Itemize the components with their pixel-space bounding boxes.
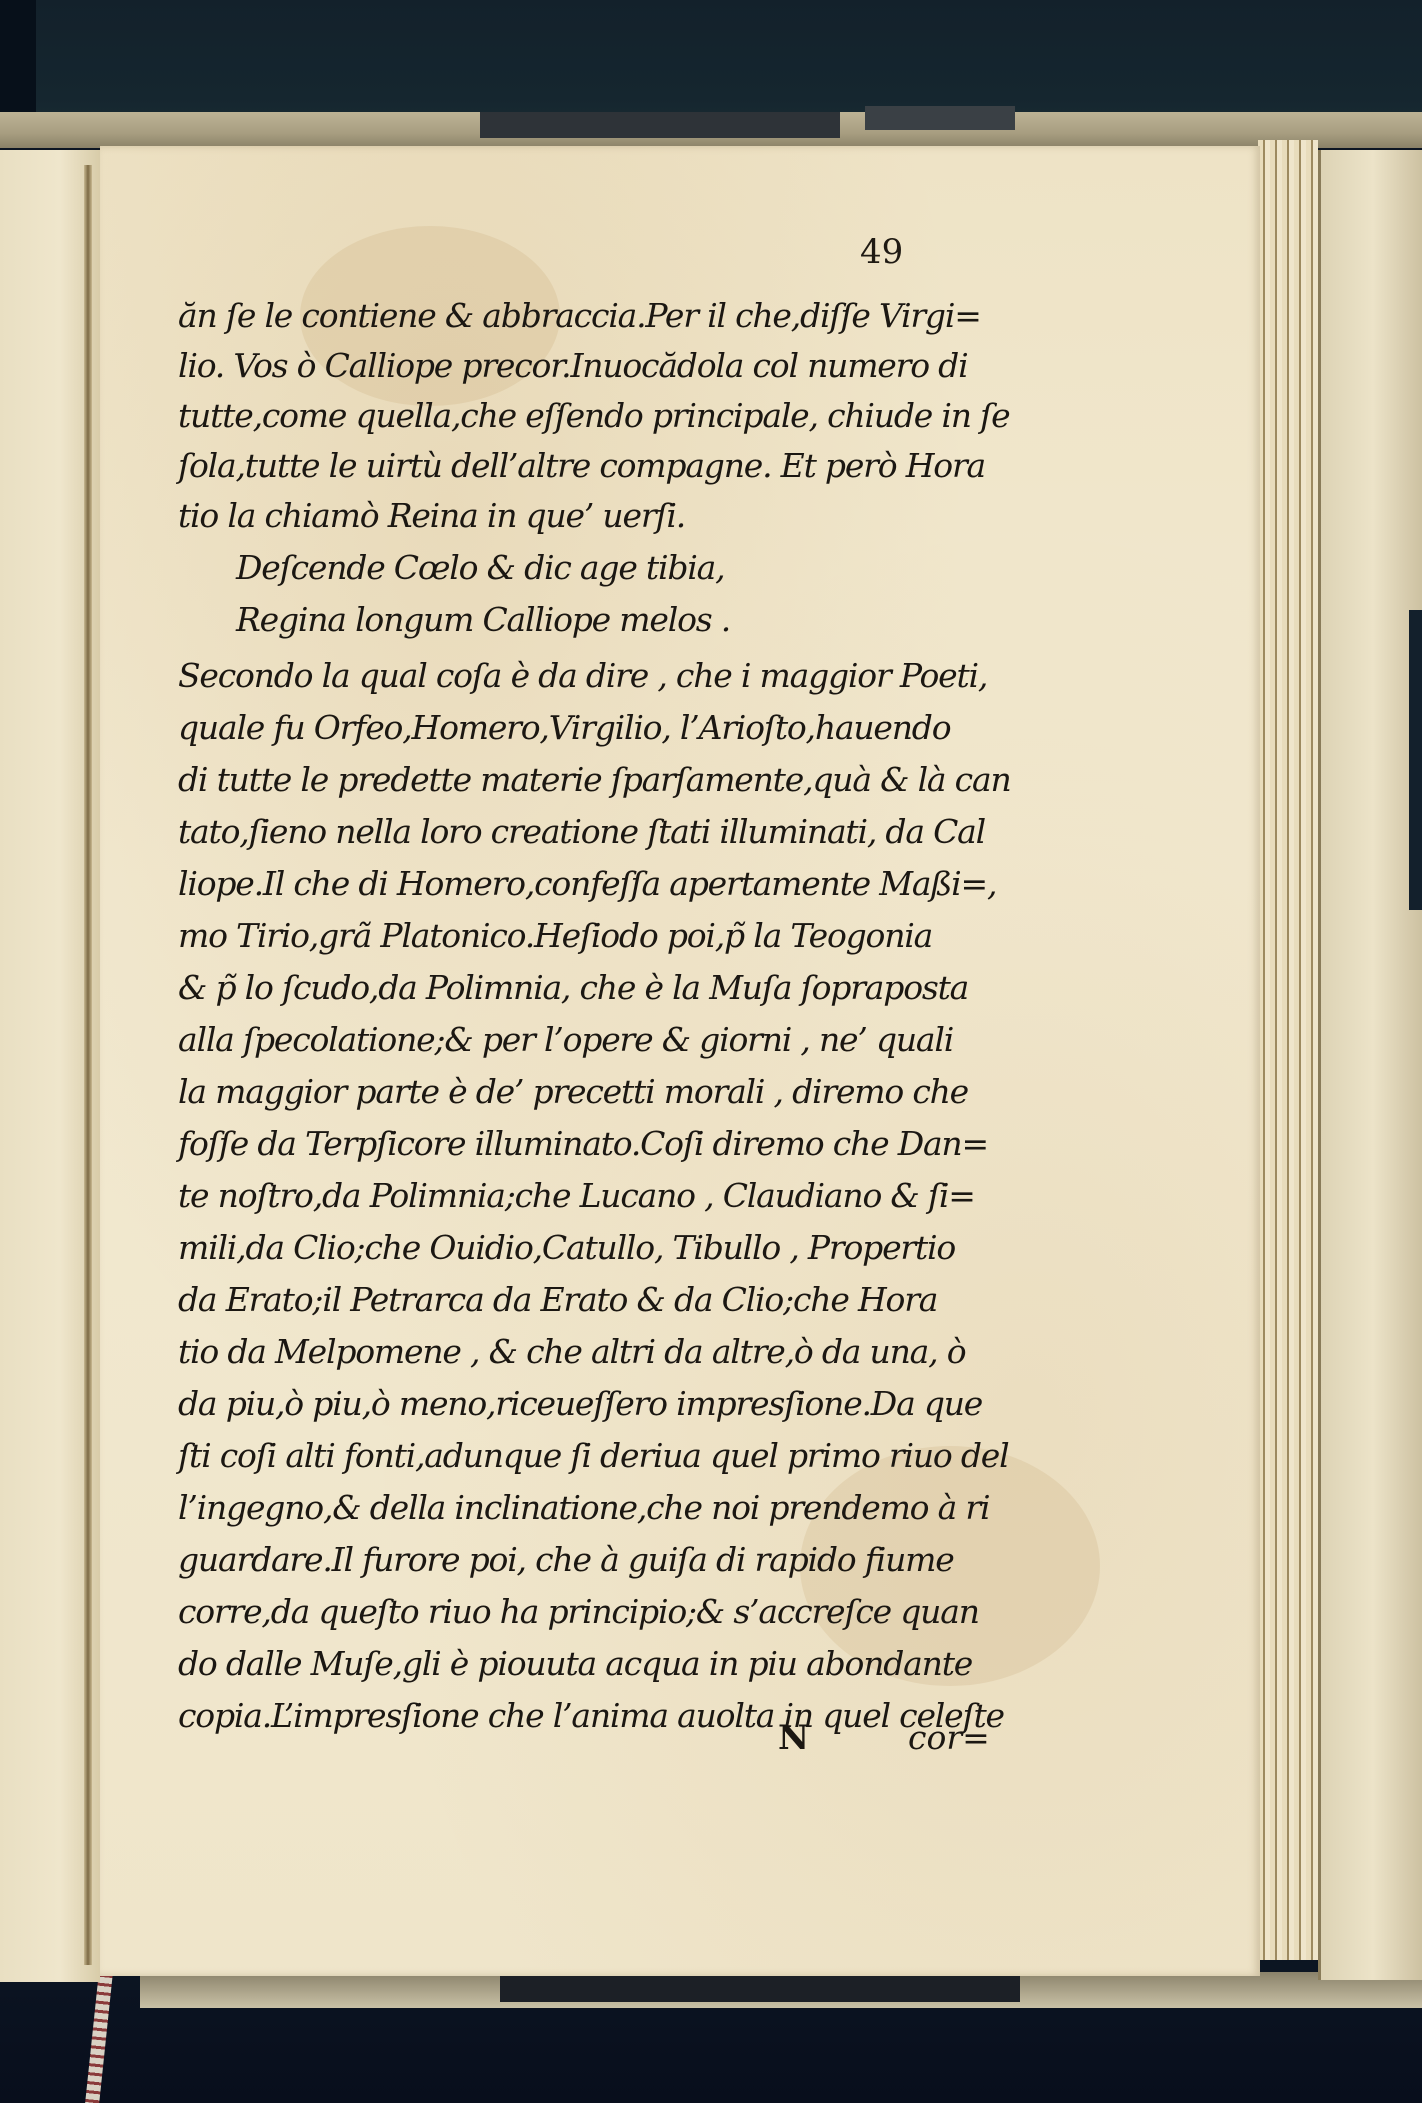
verse-line: Deſcende Cœlo & dic age tibia, — [236, 548, 724, 587]
text-line: mili,da Clio;che Ouidio,Catullo, Tibullo… — [178, 1228, 955, 1267]
text-line: liope.Il che di Homero,confeſſa apertame… — [178, 864, 996, 903]
text-line: da Erato;il Petrarca da Erato & da Clio;… — [178, 1280, 937, 1319]
text-line: copia.L’impresſione che l’anima auolta i… — [178, 1696, 1004, 1735]
text-line: & p̃ lo ſcudo,da Polimnia, che è la Muſa… — [178, 968, 968, 1007]
text-line: do dalle Muſe,gli è piouuta acqua in piu… — [178, 1644, 972, 1683]
flap-shadow — [1409, 610, 1422, 910]
text-line: ăn ſe le contiene & abbraccia.Per il che… — [178, 296, 981, 335]
binding-top-edge — [0, 112, 1422, 148]
binding-damage — [480, 112, 840, 138]
cover-flap — [1318, 150, 1422, 1980]
text-line: tutte,come quella,che eſſendo principale… — [178, 396, 1009, 435]
text-line: la maggior parte è de’ precetti morali ,… — [178, 1072, 968, 1111]
page-stack-edges — [1258, 140, 1318, 1960]
signature-mark: N — [778, 1718, 809, 1758]
binding-damage — [865, 106, 1015, 130]
text-line: tio la chiamò Reina in que’ uerſi. — [178, 496, 685, 535]
text-line: da piu,ò piu,ò meno,riceueſſero impresſi… — [178, 1384, 982, 1423]
text-line: corre,da queſto riuo ha principio;& s’ac… — [178, 1592, 979, 1631]
page-number: 49 — [860, 232, 903, 272]
text-line: ſti coſi alti fonti,adunque ſi deriua qu… — [178, 1436, 1008, 1475]
text-line: tio da Melpomene , & che altri da altre,… — [178, 1332, 965, 1371]
text-line: l’ingegno,& della inclinatione,che noi p… — [178, 1488, 989, 1527]
text-line: lio. Vos ò Calliope precor.Inuocădola co… — [178, 346, 967, 385]
binding-damage — [500, 1972, 1020, 2002]
text-line: quale fu Orfeo,Homero,Virgilio, l’Arioſt… — [178, 708, 950, 747]
text-line: guardare.Il furore poi, che à guiſa di r… — [178, 1540, 954, 1579]
text-line: alla ſpecolatione;& per l’opere & giorni… — [178, 1020, 953, 1059]
text-line: Secondo la qual coſa è da dire , che i m… — [178, 656, 987, 695]
book-gutter — [84, 165, 92, 1965]
binding-bottom-edge — [140, 1972, 1422, 2008]
text-line: tato,ſieno nella loro creatione ſtati il… — [178, 812, 985, 851]
text-line: foſſe da Terpſicore illuminato.Coſi dire… — [178, 1124, 988, 1163]
text-line: di tutte le predette materie ſparſamente… — [178, 760, 1011, 799]
verse-line: Regina longum Calliope melos . — [236, 600, 730, 639]
text-line: te noſtro,da Polimnia;che Lucano , Claud… — [178, 1176, 975, 1215]
text-line: mo Tirio,grã Platonico.Heſiodo poi,p̃ la… — [178, 916, 932, 955]
text-line: ſola,tutte le uirtù dell’altre compagne.… — [178, 446, 985, 485]
catchword: cor= — [908, 1718, 990, 1757]
